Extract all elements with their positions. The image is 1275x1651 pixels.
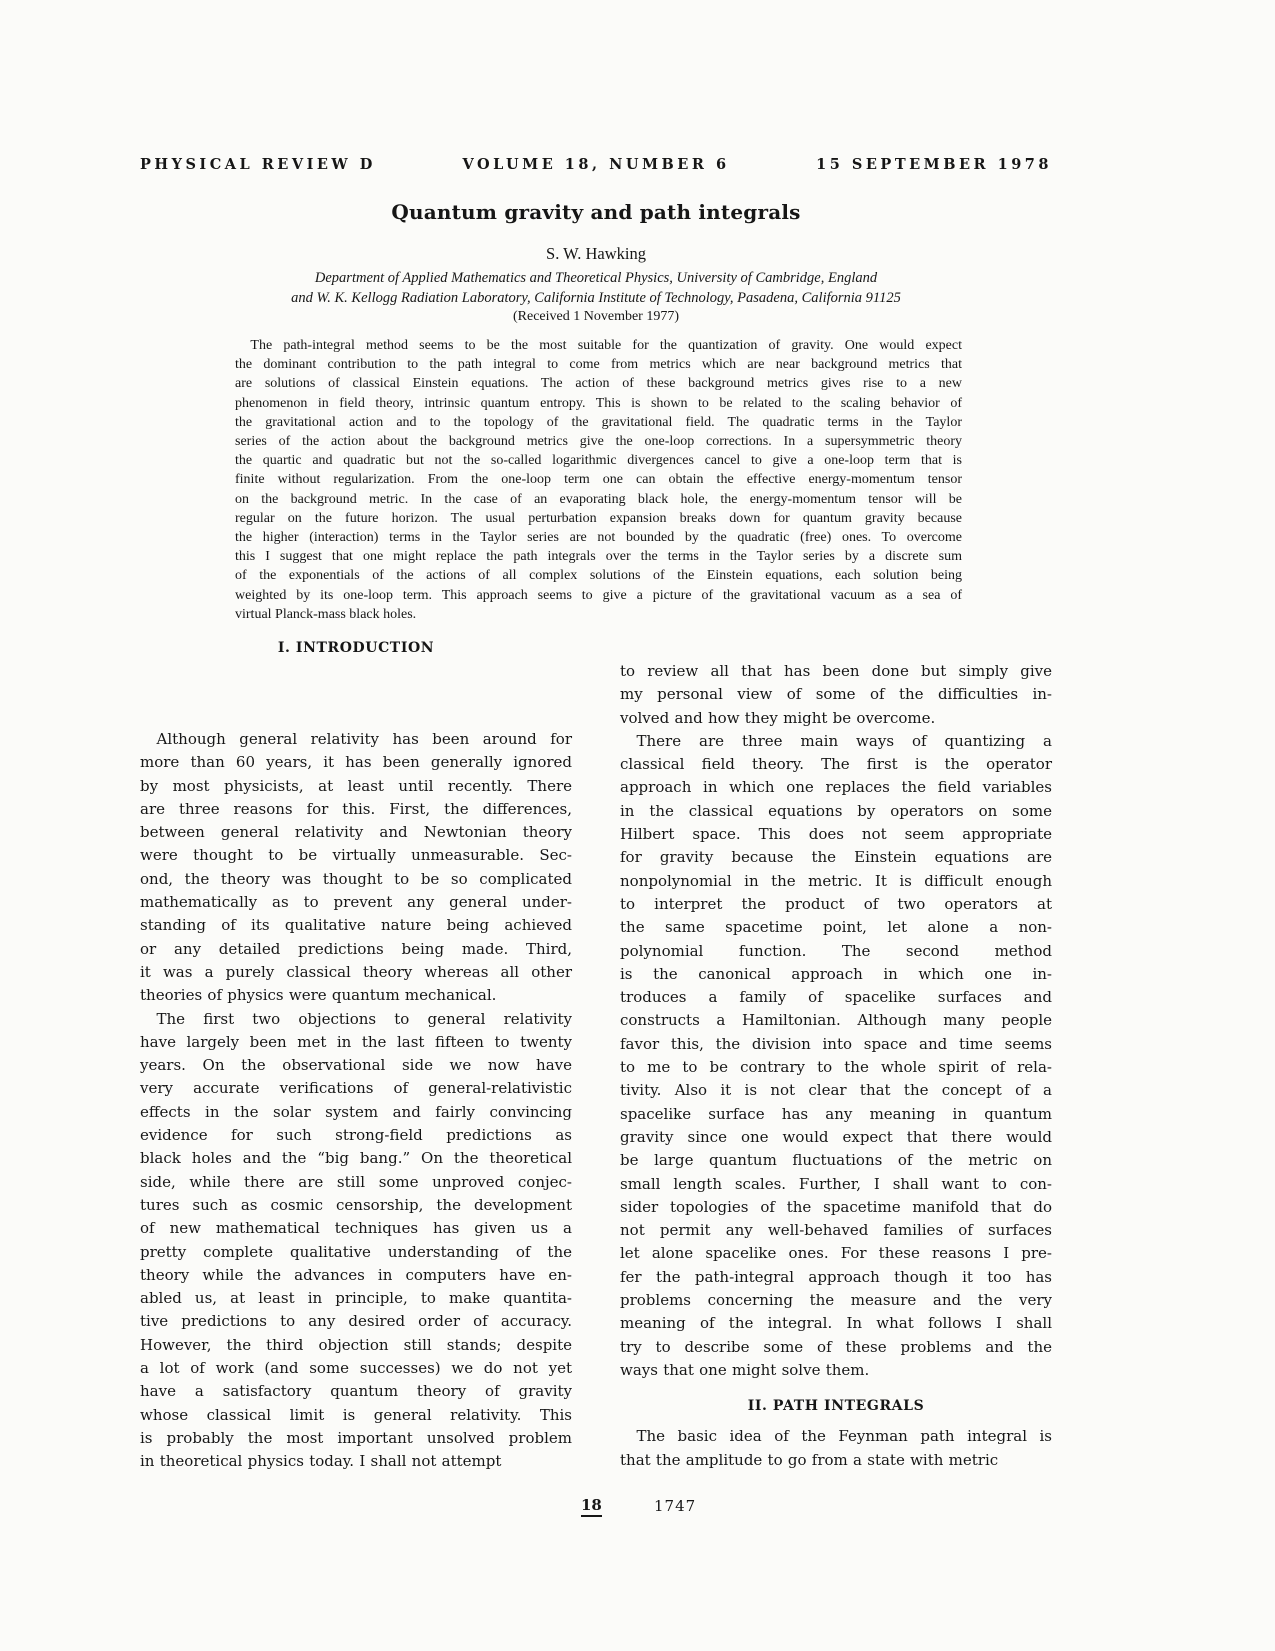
journal-name: PHYSICAL REVIEW D [140,156,376,173]
section-heading-path-integrals: II. PATH INTEGRALS [620,1398,1052,1414]
volume-issue: VOLUME 18, NUMBER 6 [462,156,729,173]
intro-paragraph-3: There are three main ways of quantizing … [620,730,1052,1382]
footer-page-number: 1747 [654,1497,696,1515]
issue-date: 15 SEPTEMBER 1978 [816,156,1052,173]
received-date: (Received 1 November 1977) [140,309,1052,325]
affiliation-line-1: Department of Applied Mathematics and Th… [140,268,1052,288]
intro-paragraph-2: The first two objections to general rela… [140,1008,572,1474]
left-column: I. INTRODUCTION Although general relativ… [140,638,572,1474]
body-columns: I. INTRODUCTION Although general relativ… [140,638,1052,1474]
intro-paragraph-1: Although general relativity has been aro… [140,728,572,1008]
author-name: S. W. Hawking [140,244,1052,264]
right-column: to review all that has been done but sim… [620,638,1052,1474]
footer-volume-number: 18 [581,1496,602,1517]
journal-page: PHYSICAL REVIEW D VOLUME 18, NUMBER 6 15… [0,0,1275,1651]
intro-paragraph-2-continued: to review all that has been done but sim… [620,660,1052,730]
affiliation: Department of Applied Mathematics and Th… [140,268,1052,308]
section-heading-introduction: I. INTRODUCTION [140,640,572,656]
path-integrals-paragraph-1: The basic idea of the Feynman path integ… [620,1425,1052,1472]
affiliation-line-2: and W. K. Kellogg Radiation Laboratory, … [140,288,1052,308]
article-title: Quantum gravity and path integrals [140,200,1052,224]
journal-header: PHYSICAL REVIEW D VOLUME 18, NUMBER 6 15… [140,156,1052,173]
abstract: The path-integral method seems to be the… [235,336,962,624]
